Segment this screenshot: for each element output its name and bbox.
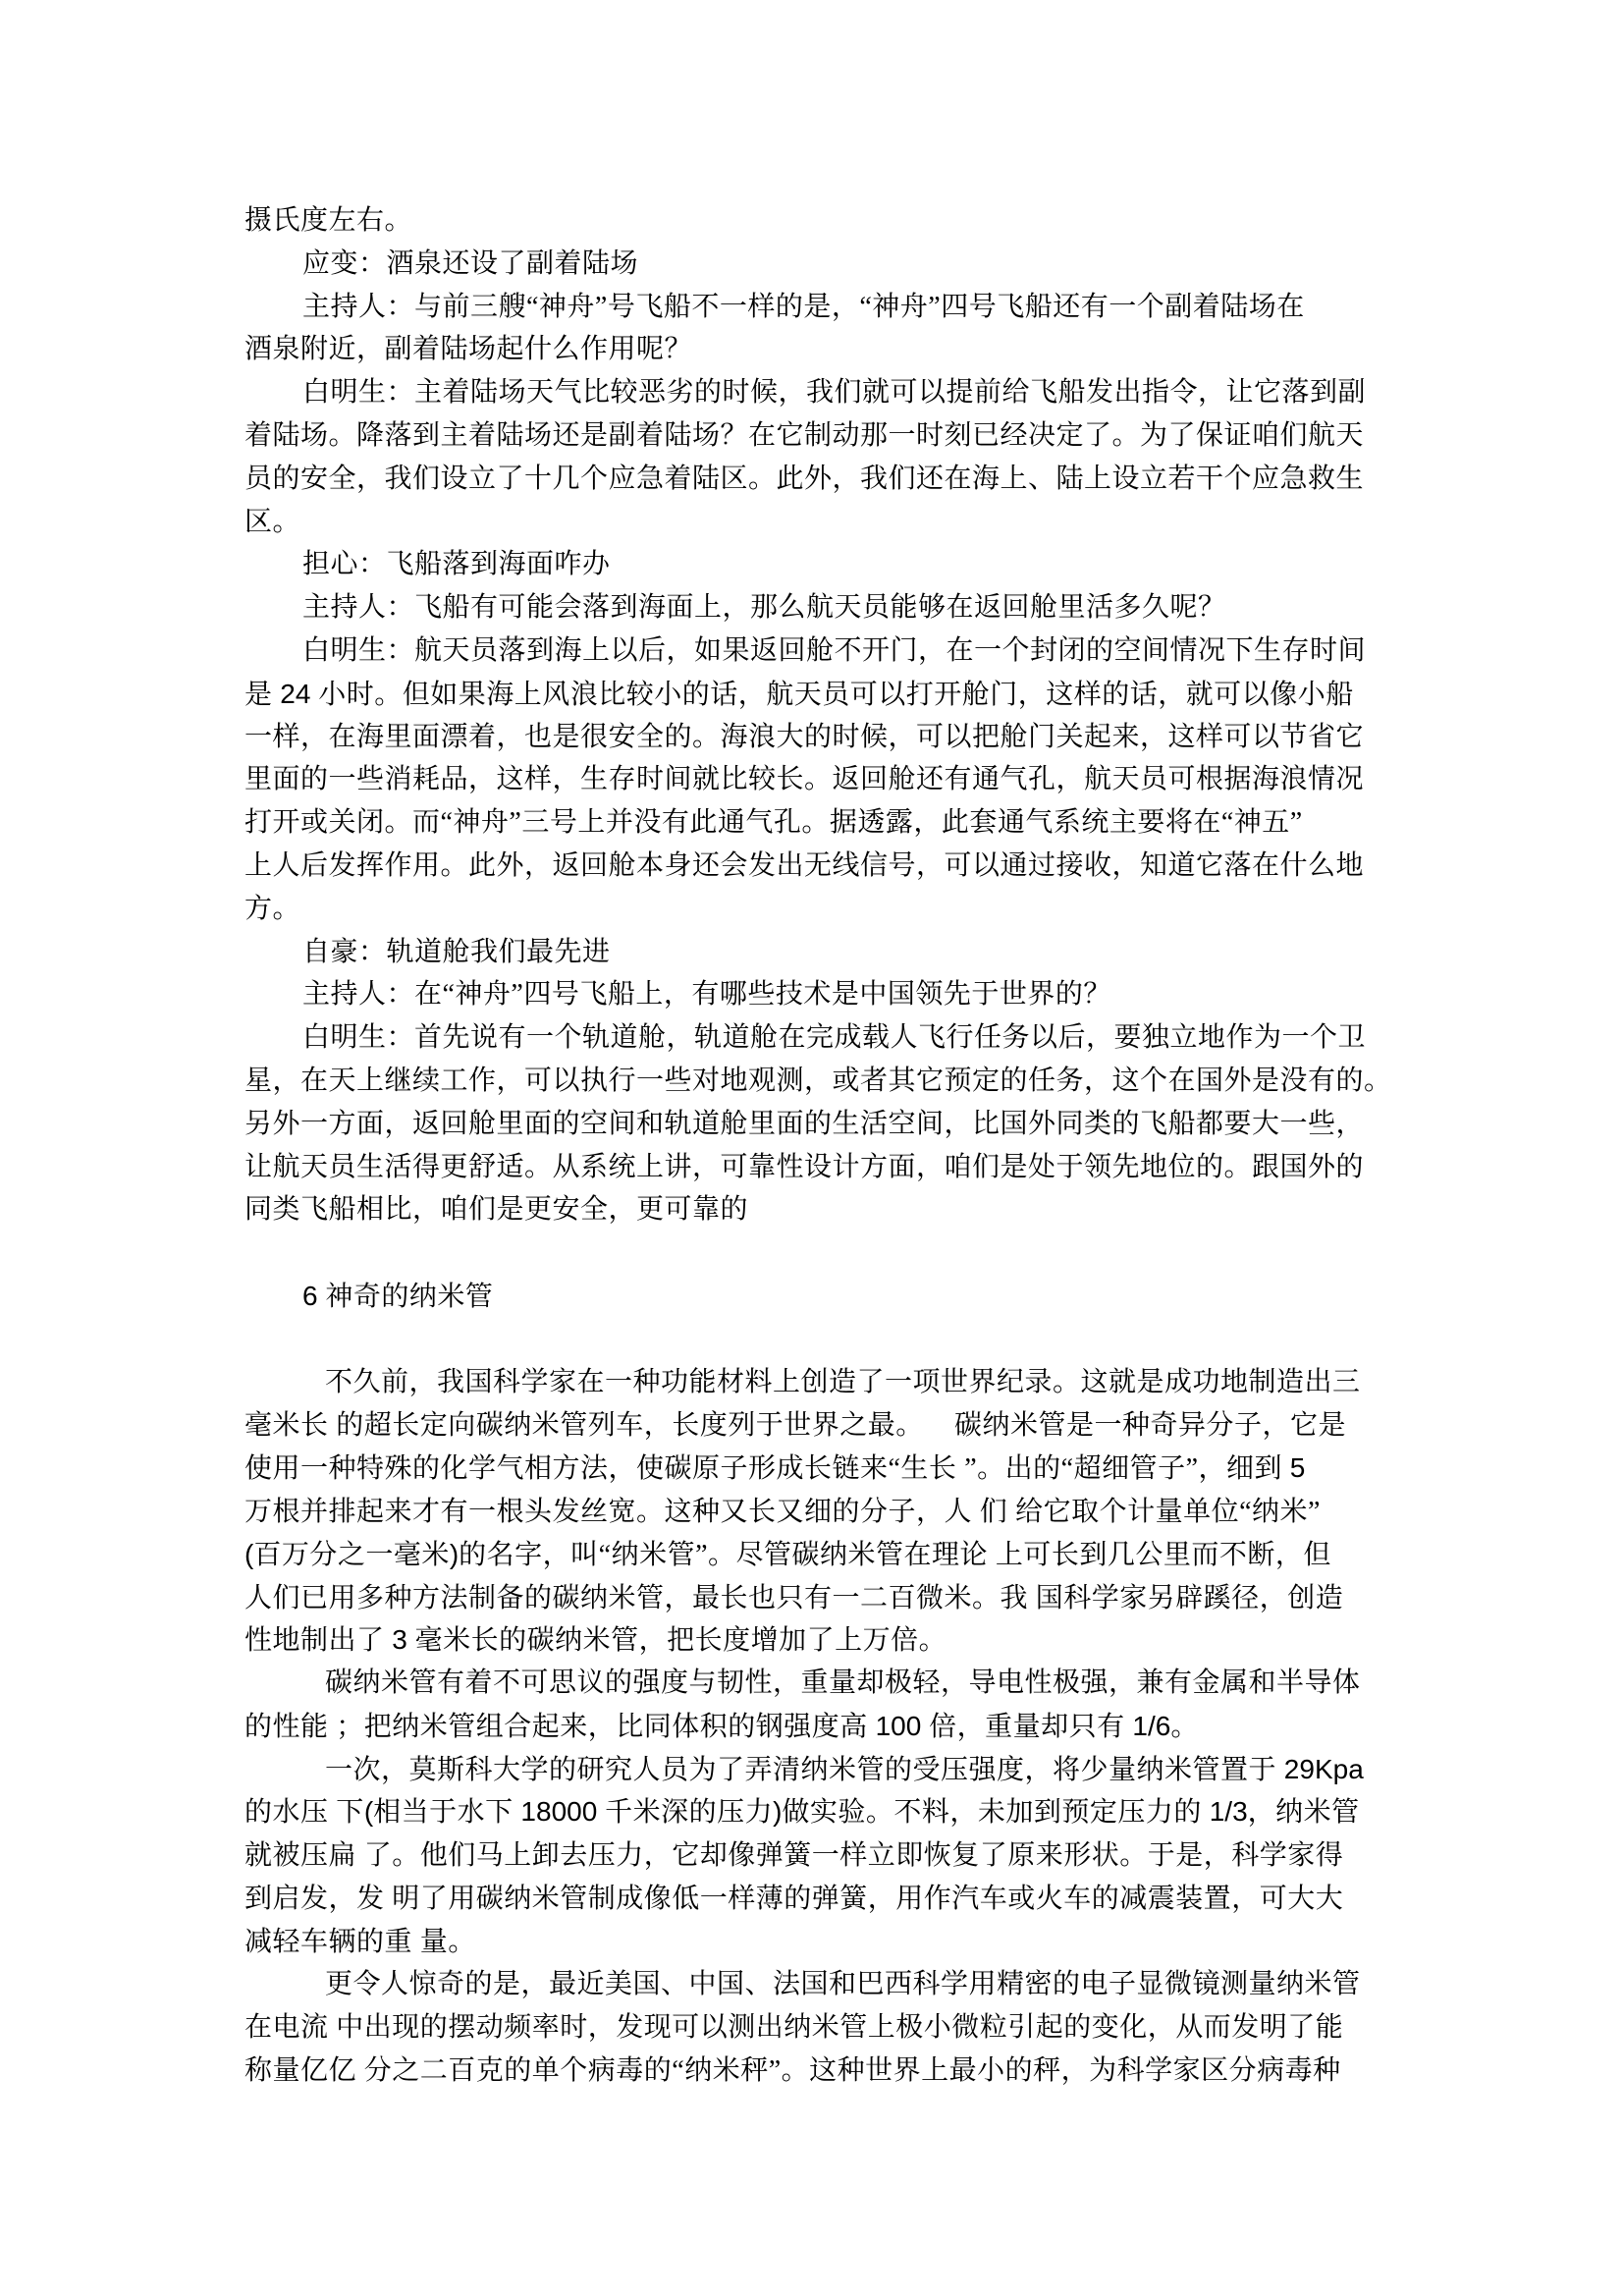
text-line: 的性能 ；把纳米管组合起来，比同体积的钢强度高 100 倍，重量却只有 1/6。 <box>244 1705 1380 1748</box>
text-line: 里面的一些消耗品，这样，生存时间就比较长。返回舱还有通气孔，航天员可根据海浪情况 <box>244 758 1380 801</box>
text-line: 自豪：轨道舱我们最先进 <box>244 931 1380 974</box>
latin-run: ) <box>450 1539 459 1569</box>
latin-run: 1/3 <box>1202 1796 1248 1827</box>
text-line: 上人后发挥作用。此外，返回舱本身还会发出无线信号，可以通过接收，知道它落在什么地 <box>244 845 1380 888</box>
latin-run: 6 <box>302 1281 325 1311</box>
latin-run <box>385 1883 393 1913</box>
text-line: 更令人惊奇的是，最近美国、中国、法国和巴西科学用精密的电子显微镜测量纳米管 <box>244 1963 1380 2006</box>
latin-run <box>356 2054 364 2085</box>
latin-run: 24 <box>273 679 319 709</box>
latin-run <box>1028 1582 1036 1613</box>
latin-run <box>356 1839 364 1870</box>
text-line: 白明生：航天员落到海上以后，如果返回舱不开门，在一个封闭的空间情况下生存时间 <box>244 629 1380 673</box>
latin-run <box>956 1452 964 1483</box>
text-line: 主持人：在“神舟”四号飞船上，有哪些技术是中国领先于世界的？ <box>244 973 1380 1016</box>
text-line: 主持人：与前三艘“神舟”号飞船不一样的是，“神舟”四号飞船还有一个副着陆场在 <box>244 286 1380 329</box>
blank-line <box>244 1231 1380 1275</box>
text-line: 减轻车辆的重 量。 <box>244 1920 1380 1963</box>
text-line: 一样，在海里面漂着，也是很安全的。海浪大的时候，可以把舱门关起来，这样可以节省它 <box>244 716 1380 759</box>
text-line: 白明生：主着陆场天气比较恶劣的时候，我们就可以提前给飞船发出指令，让它落到副 <box>244 371 1380 414</box>
latin-run: 29Kpa <box>1276 1754 1364 1784</box>
latin-run <box>988 1539 996 1569</box>
text-line: 员的安全，我们设立了十几个应急着陆区。此外，我们还在海上、陆上设立若干个应急救生 <box>244 458 1380 501</box>
text-line: 是 24 小时。但如果海上风浪比较小的话，航天员可以打开舱门，这样的话，就可以像… <box>244 673 1380 716</box>
latin-run <box>412 1926 420 1956</box>
text-line: 一次，莫斯科大学的研究人员为了弄清纳米管的受压强度，将少量纳米管置于 29Kpa <box>244 1748 1380 1791</box>
text-line: 着陆场。降落到主着陆场还是副着陆场？在它制动那一时刻已经决定了。为了保证咱们航天 <box>244 414 1380 458</box>
text-line: 另外一方面，返回舱里面的空间和轨道舱里面的生活空间，比国外同类的飞船都要大一些， <box>244 1103 1380 1146</box>
latin-run: ( <box>244 1539 253 1569</box>
text-line: 性地制出了 3 毫米长的碳纳米管，把长度增加了上万倍。 <box>244 1618 1380 1662</box>
text-line: 主持人：飞船有可能会落到海面上，那么航天员能够在返回舱里活多久呢？ <box>244 586 1380 629</box>
latin-run: 3 <box>385 1624 415 1655</box>
document-page: 摄氏度左右。应变：酒泉还设了副着陆场主持人：与前三艘“神舟”号飞船不一样的是，“… <box>0 0 1623 2296</box>
text-line: 区。 <box>244 501 1380 544</box>
latin-run <box>329 2011 337 2042</box>
page-text: 摄氏度左右。应变：酒泉还设了副着陆场主持人：与前三艘“神舟”号飞船不一样的是，“… <box>244 199 1380 2092</box>
text-line: (百万分之一毫米)的名字，叫“纳米管”。尽管碳纳米管在理论 上可长到几公里而不断… <box>244 1533 1380 1576</box>
latin-run <box>1007 1496 1015 1526</box>
text-line: 同类飞船相比，咱们是更安全，更可靠的 <box>244 1188 1380 1231</box>
blank-line <box>244 1318 1380 1361</box>
text-line: 人们已用多种方法制备的碳纳米管，最长也只有一二百微米。我 国科学家另辟蹊径，创造 <box>244 1576 1380 1619</box>
text-line: 摄氏度左右。 <box>244 199 1380 243</box>
text-line: 让航天员生活得更舒适。从系统上讲，可靠性设计方面，咱们是处于领先地位的。跟国外的 <box>244 1146 1380 1189</box>
latin-run <box>972 1496 980 1526</box>
latin-run <box>329 1796 337 1827</box>
latin-run <box>329 1711 337 1741</box>
text-line: 的水压 下(相当于水下 18000 千米深的压力)做实验。不料，未加到预定压力的… <box>244 1790 1380 1833</box>
latin-run: 1/6 <box>1125 1711 1171 1741</box>
text-line: 毫米长 的超长定向碳纳米管列车，长度列于世界之最。 碳纳米管是一种奇异分子，它是 <box>244 1403 1380 1447</box>
text-line: 称量亿亿 分之二百克的单个病毒的“纳米秤”。这种世界上最小的秤，为科学家区分病毒… <box>244 2049 1380 2092</box>
text-line: 星，在天上继续工作，可以执行一些对地观测，或者其它预定的任务，这个在国外是没有的… <box>244 1060 1380 1103</box>
latin-run: 100 <box>868 1711 929 1741</box>
text-line: 在电流 中出现的摆动频率时，发现可以测出纳米管上极小微粒引起的变化，从而发明了能 <box>244 2005 1380 2049</box>
text-line: 使用一种特殊的化学气相方法，使碳原子形成长链来“生长 ”。出的“超细管子”，细到… <box>244 1447 1380 1490</box>
text-line: 酒泉附近，副着陆场起什么作用呢？ <box>244 328 1380 371</box>
text-line: 方。 <box>244 888 1380 931</box>
text-line: 碳纳米管有着不可思议的强度与韧性，重量却极轻，导电性极强，兼有金属和半导体 <box>244 1662 1380 1705</box>
text-line: 担心：飞船落到海面咋办 <box>244 543 1380 586</box>
text-line: 白明生：首先说有一个轨道舱，轨道舱在完成载人飞行任务以后，要独立地作为一个卫 <box>244 1016 1380 1060</box>
latin-run: 18000 <box>514 1796 605 1827</box>
text-line: 6 神奇的纳米管 <box>244 1275 1380 1318</box>
text-line: 到启发，发 明了用碳纳米管制成像低一样薄的弹簧，用作汽车或火车的减震装置，可大大 <box>244 1877 1380 1920</box>
latin-run: ) <box>773 1796 782 1827</box>
text-line: 打开或关闭。而“神舟”三号上并没有此通气孔。据透露，此套通气系统主要将在“神五” <box>244 801 1380 845</box>
text-line: 不久前，我国科学家在一种功能材料上创造了一项世界纪录。这就是成功地制造出三 <box>244 1361 1380 1404</box>
text-line: 万根并排起来才有一根头发丝宽。这种又长又细的分子，人 们 给它取个计量单位“纳米… <box>244 1490 1380 1533</box>
latin-run <box>329 1409 337 1440</box>
latin-run: 5 <box>1282 1452 1305 1483</box>
latin-run <box>924 1409 954 1440</box>
text-line: 应变：酒泉还设了副着陆场 <box>244 243 1380 286</box>
latin-run: ( <box>364 1796 373 1827</box>
text-line: 就被压扁 了。他们马上卸去压力，它却像弹簧一样立即恢复了原来形状。于是，科学家得 <box>244 1833 1380 1877</box>
